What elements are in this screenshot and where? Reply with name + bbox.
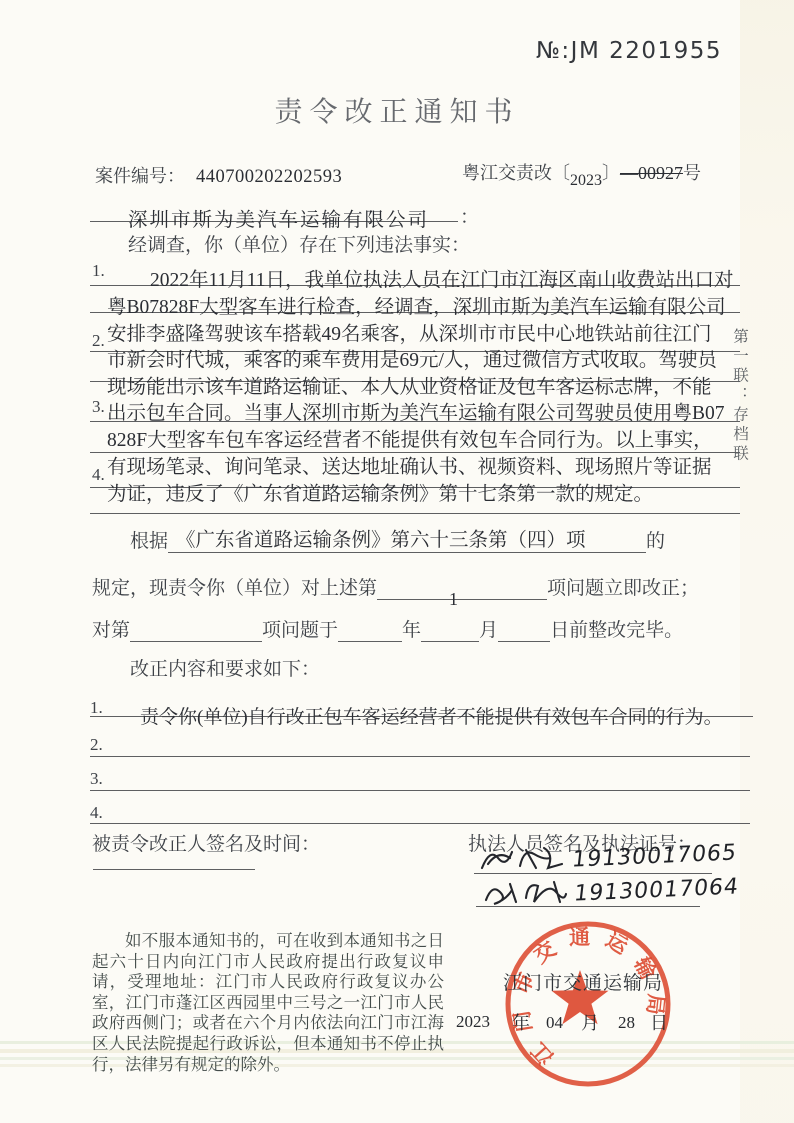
investigation-intro: 经调查，你（单位）存在下列违法事实：	[128, 230, 470, 257]
deadline-year-blank	[338, 619, 402, 642]
doc-number-year: 2023	[570, 172, 602, 189]
form-line	[90, 756, 750, 757]
fact-item-label: 4.	[92, 465, 105, 485]
addressee-company: 深圳市斯为美汽车运输有限公司	[128, 204, 429, 232]
notice-document-page: №:JM 2201955 责令改正通知书 案件编号： 4407002022025…	[0, 0, 794, 1123]
basis-prefix: 根据	[130, 526, 168, 553]
signature-line	[93, 869, 255, 870]
fact-item-label: 2.	[92, 331, 105, 351]
correction-item-label: 3.	[90, 769, 103, 789]
addressee-colon: ：	[460, 202, 479, 229]
basis-value: 《广东省道路运输条例》第六十三条第（四）项	[176, 524, 586, 552]
form-line	[90, 513, 740, 514]
correction-item-label: 1.	[90, 698, 103, 718]
form-line	[90, 823, 750, 824]
case-number-value: 440700202202593	[196, 167, 342, 188]
fact-line: 出示包车合同。当事人深圳市斯为美汽车运输有限公司驾驶员使用粤B07	[107, 397, 725, 425]
serial-number: №:JM 2201955	[536, 38, 722, 64]
correction-item-text: 责令你(单位)自行改正包车客运经营者不能提供有效包车合同的行为。	[140, 702, 723, 729]
official-seal-stamp: 江门市交通运输局	[502, 918, 674, 1090]
doc-number-value: —00927	[620, 163, 683, 183]
day-label: 日	[650, 1009, 668, 1035]
correction-item-label: 4.	[90, 803, 103, 823]
fact-item-label: 1.	[92, 261, 105, 281]
year-label: 年	[402, 615, 421, 642]
basis-blank: 《广东省道路运输条例》第六十三条第（四）项	[168, 524, 646, 553]
fact-item-label: 3.	[92, 397, 105, 417]
fact-line: 828F大型客车包车客运经营者不能提供有效包车合同行为。以上事实，	[107, 424, 713, 452]
year-label: 年	[512, 1009, 530, 1035]
order-line3-prefix: 对第	[92, 615, 130, 642]
issue-date-month: 04	[546, 1013, 563, 1033]
doc-number-prefix: 粤江交责改〔	[462, 163, 570, 183]
order-line2-suffix: 项问题立即改正；	[547, 573, 699, 600]
fact-line: 为证，违反了《广东省道路运输条例》第十七条第一款的规定。	[107, 478, 653, 506]
issue-date-year: 2023	[456, 1012, 490, 1032]
deadline-day-blank	[498, 619, 550, 642]
case-number-label: 案件编号：	[95, 162, 185, 188]
issuing-authority: 江门市交通运输局	[503, 968, 663, 995]
order-item-blank: 1	[377, 575, 547, 600]
copy-label: 第一联：存档联	[728, 328, 750, 465]
officer2-license-number: 19130017064	[573, 874, 741, 906]
appeal-instructions: 如不服本通知书的，可在收到本通知书之日起六十日内向江门市人民政府提出行政复议申请…	[92, 931, 444, 1075]
signature-line	[474, 873, 712, 874]
order-line3-suffix: 日前整改完毕。	[550, 615, 683, 642]
deadline-item-blank	[130, 619, 262, 642]
corrected-party-signature-label: 被责令改正人签名及时间：	[92, 829, 320, 856]
fact-line: 现场能出示该车道路运输证、本人从业资格证及包车客运标志牌，不能	[107, 371, 712, 399]
issue-date-day: 28	[618, 1013, 635, 1033]
signature-line	[476, 906, 700, 907]
order-item-number: 1	[449, 589, 458, 610]
basis-suffix: 的	[646, 526, 665, 553]
deadline-month-blank	[421, 619, 479, 642]
page-title: 责令改正通知书	[0, 90, 794, 130]
month-label: 月	[581, 1009, 599, 1035]
doc-number-suffix: 号	[683, 163, 701, 183]
fact-line: 粤B07828F大型客车进行检查，经调查，深圳市斯为美汽车运输有限公司	[107, 291, 726, 319]
fact-line: 市新会时代城，乘客的乘车费用是69元/人，通过微信方式收取。驾驶员	[107, 344, 717, 372]
doc-number-close: 〕	[602, 163, 620, 183]
form-line	[90, 790, 750, 791]
fact-line: 有现场笔录、询问笔录、送达地址确认书、视频资料、现场照片等证据	[107, 451, 712, 479]
correction-item-label: 2.	[90, 735, 103, 755]
scan-edge-shading	[740, 0, 794, 1123]
corrections-heading: 改正内容和要求如下：	[130, 654, 320, 681]
fact-line: 2022年11月11日，我单位执法人员在江门市江海区南山收费站出口对	[150, 264, 734, 292]
month-label: 月	[479, 615, 498, 642]
order-line3-mid: 项问题于	[262, 615, 338, 642]
fact-line: 安排李盛隆驾驶该车搭载49名乘客，从深圳市市民中心地铁站前往江门	[107, 318, 712, 346]
order-line2-prefix: 规定，现责令你（单位）对上述第	[92, 573, 377, 600]
officer1-signature	[478, 842, 570, 874]
officer2-signature	[482, 876, 574, 908]
